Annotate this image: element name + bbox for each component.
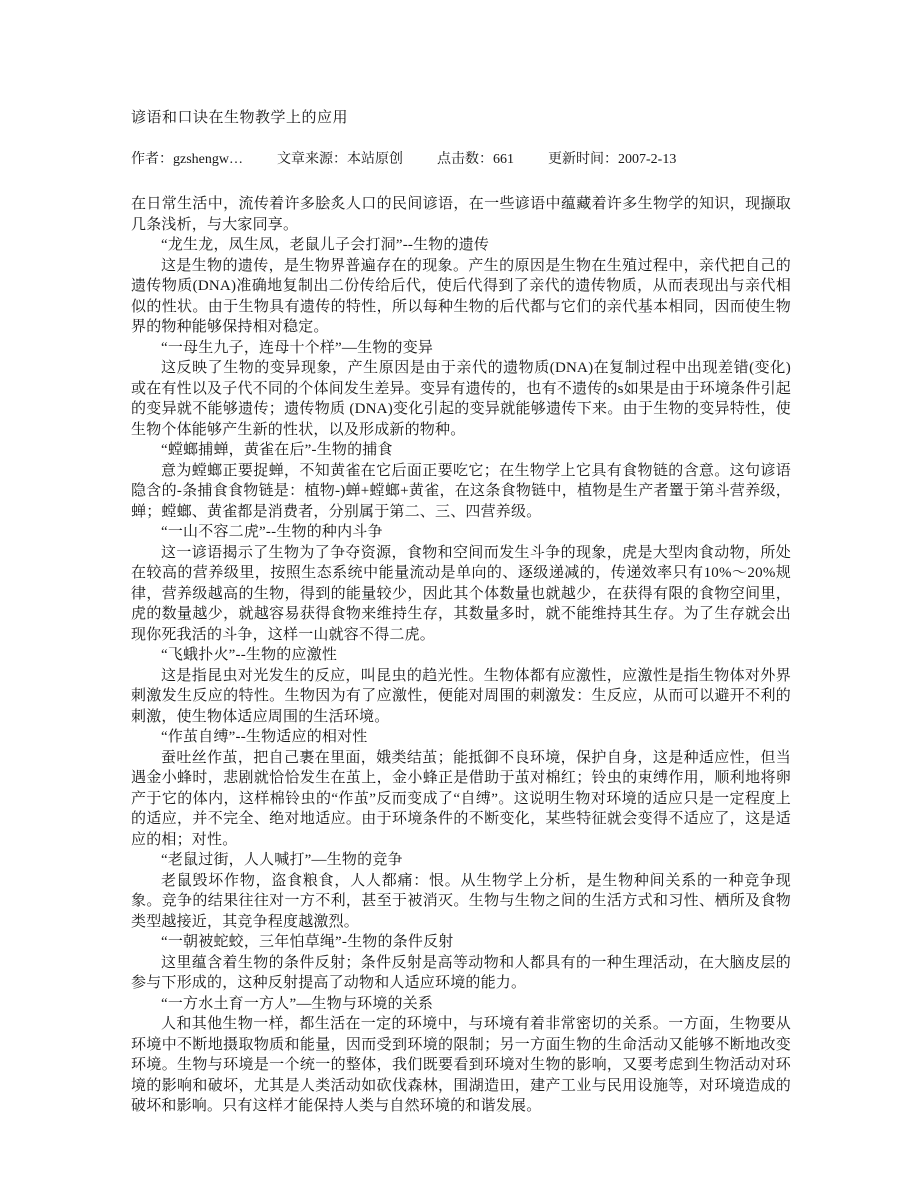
meta-updated-label: 更新时间： (548, 152, 618, 167)
proverb-heading: “螳螂捕蝉，黄雀在后”-生物的捕食 (131, 440, 791, 461)
proverb-heading: “一母生九子，连母十个样”—生物的变异 (131, 338, 791, 359)
proverb-heading: “一方水土育一方人”—生物与环境的关系 (131, 994, 791, 1015)
proverb-heading: “老鼠过街，人人喊打”—生物的竞争 (131, 850, 791, 871)
paragraph: 老鼠毁坏作物，盗食粮食，人人都痛：恨。从生物学上分析，是生物种间关系的一种竞争现… (131, 871, 791, 933)
proverb-heading: “飞蛾扑火”--生物的应激性 (131, 645, 791, 666)
meta-updated-value: 2007-2-13 (618, 152, 676, 167)
paragraph: 这是生物的遗传，是生物界普遍存在的现象。产生的原因是生物在生殖过程中，亲代把自己… (131, 256, 791, 338)
meta-source-label: 文章来源： (277, 152, 347, 167)
paragraph: 这反映了生物的变异现象，产生原因是由于亲代的遗物质(DNA)在复制过程中出现差错… (131, 358, 791, 440)
article-body: 在日常生活中，流传着许多脍炙人口的民间谚语，在一些谚语中蕴藏着许多生物学的知识，… (131, 194, 791, 1117)
proverb-heading: “一朝被蛇蛟，三年怕草绳”-生物的条件反射 (131, 932, 791, 953)
paragraph: 这是指昆虫对光发生的反应，叫昆虫的趋光性。生物体都有应激性，应激性是指生物体对外… (131, 666, 791, 728)
paragraph-intro: 在日常生活中，流传着许多脍炙人口的民间谚语，在一些谚语中蕴藏着许多生物学的知识，… (131, 194, 791, 235)
paragraph: 这里蕴含着生物的条件反射；条件反射是高等动物和人都具有的一种生理活动，在大脑皮层… (131, 953, 791, 994)
meta-clicks-value: 661 (493, 152, 514, 167)
paragraph: 人和其他生物一样，都生活在一定的环境中，与环境有着非常密切的关系。一方面，生物要… (131, 1014, 791, 1117)
meta-author: 作者：gzshengw… (131, 151, 243, 169)
proverb-heading: “作茧自缚”--生物适应的相对性 (131, 727, 791, 748)
proverb-heading: “一山不容二虎”--生物的种内斗争 (131, 522, 791, 543)
meta-author-label: 作者： (131, 152, 173, 167)
meta-updated: 更新时间：2007-2-13 (548, 151, 676, 169)
page-title: 谚语和口诀在生物教学上的应用 (131, 108, 791, 128)
meta-source-value: 本站原创 (347, 152, 403, 167)
meta-clicks: 点击数：661 (437, 151, 514, 169)
meta-author-value: gzshengw… (173, 152, 243, 167)
paragraph: 这一谚语揭示了生物为了争夺资源，食物和空间而发生斗争的现象，虎是大型肉食动物，所… (131, 543, 791, 646)
meta-source: 文章来源：本站原创 (277, 151, 403, 169)
document-page: 谚语和口诀在生物教学上的应用 作者：gzshengw… 文章来源：本站原创 点击… (131, 108, 791, 1117)
meta-clicks-label: 点击数： (437, 152, 493, 167)
article-meta: 作者：gzshengw… 文章来源：本站原创 点击数：661 更新时间：2007… (131, 151, 791, 169)
proverb-heading: “龙生龙，凤生凤，老鼠儿子会打洞”--生物的遗传 (131, 235, 791, 256)
paragraph: 蚕吐丝作茧，把自己裹在里面，娥类结茧；能抵御不良环境，保护自身，这是种适应性，但… (131, 748, 791, 851)
paragraph: 意为螳螂正要捉蝉，不知黄雀在它后面正要吃它；在生物学上它具有食物链的含意。这句谚… (131, 461, 791, 523)
